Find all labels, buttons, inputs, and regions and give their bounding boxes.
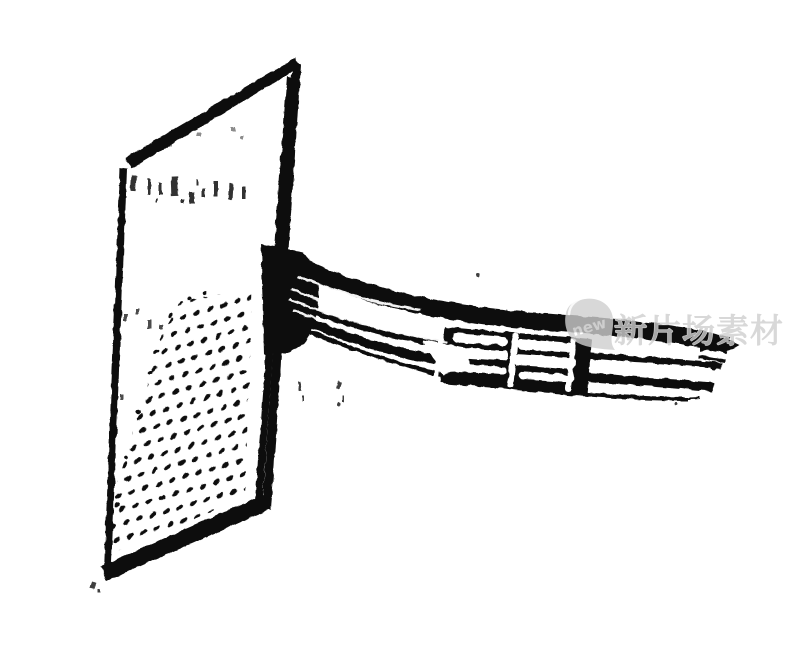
plate-top-edge — [125, 58, 300, 169]
watermark: new 新片场素材 — [565, 297, 784, 350]
below-plate-specks — [90, 581, 100, 593]
engraving-canvas: new 新片场素材 — [0, 0, 800, 651]
watermark-brand-text: 新片场素材 — [614, 311, 784, 350]
antique-engraving-image: new 新片场素材 — [0, 0, 800, 651]
plate-surface-marks — [131, 176, 246, 203]
